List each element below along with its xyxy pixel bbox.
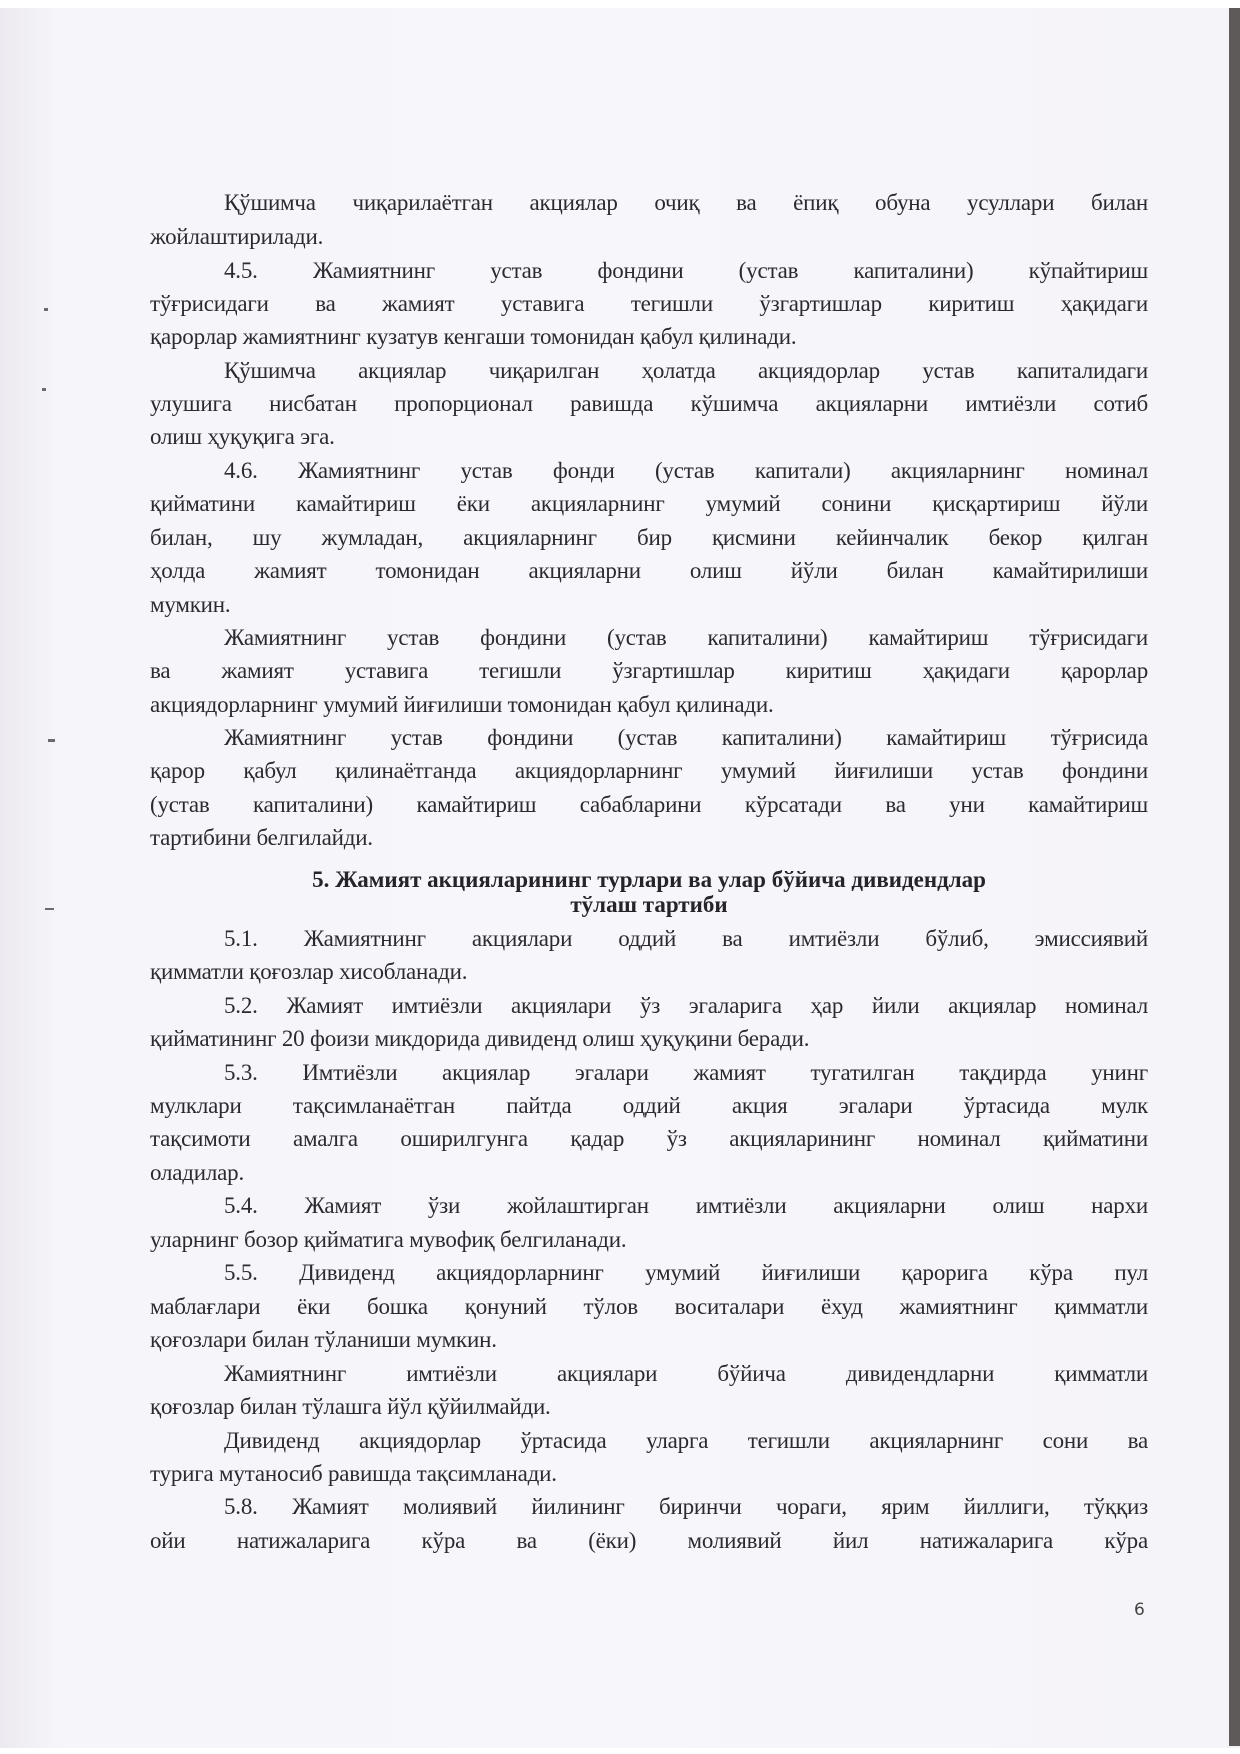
text-line: 4.6. Жамиятнинг устав фонди (устав капит…: [224, 456, 1148, 486]
text-line: қимматли қоғозлар хисобланади.: [150, 957, 1148, 987]
text-line: Қўшимча акциялар чиқарилган ҳолатда акци…: [224, 356, 1148, 386]
text-line: 5.8. Жамият молиявий йилининг биринчи чо…: [224, 1492, 1148, 1522]
text-line: улушига нисбатан пропорционал равишда кў…: [150, 389, 1148, 419]
text-line: Қўшимча чиқарилаётган акциялар очиқ ва ё…: [224, 188, 1148, 218]
text-line: тақсимоти амалга оширилгунга қадар ўз ак…: [150, 1124, 1148, 1154]
text-line: 5.2. Жамият имтиёзли акциялари ўз эгалар…: [224, 991, 1148, 1021]
section-heading-line-1: 5. Жамият акцияларининг турлари ва улар …: [150, 868, 1148, 892]
text-line: олиш ҳуқуқига эга.: [150, 422, 1148, 452]
scan-speck: [45, 908, 54, 910]
text-line: билан, шу жумладан, акцияларнинг бир қис…: [150, 523, 1148, 553]
text-line: мумкин.: [150, 590, 1148, 620]
text-line: мулклари тақсимланаётган пайтда оддий ак…: [150, 1091, 1148, 1121]
text-line: тўғрисидаги ва жамият уставига тегишли ў…: [150, 289, 1148, 319]
section-heading-line-2: тўлаш тартиби: [150, 893, 1148, 917]
scan-speck: [44, 308, 48, 311]
text-line: акциядорларнинг умумий йиғилиши томонида…: [150, 690, 1148, 720]
scan-right-edge: [1229, 8, 1240, 1746]
text-line: қарор қабул қилинаётганда акциядорларнин…: [150, 756, 1148, 786]
text-line: ойи натижаларига кўра ва (ёки) молиявий …: [150, 1526, 1148, 1556]
text-line: 5.3. Имтиёзли акциялар эгалари жамият ту…: [224, 1058, 1148, 1088]
text-line: тартибини белгилайди.: [150, 823, 1148, 853]
scan-top-edge: [0, 0, 1240, 8]
text-line: Дивиденд акциядорлар ўртасида уларга тег…: [224, 1426, 1148, 1456]
text-line: 5.1. Жамиятнинг акциялари оддий ва имтиё…: [224, 924, 1148, 954]
text-line: жойлаштирилади.: [150, 222, 1148, 252]
text-line: 4.5. Жамиятнинг устав фондини (устав кап…: [224, 256, 1148, 286]
text-line: қарорлар жамиятнинг кузатув кенгаши томо…: [150, 322, 1148, 352]
text-line: ва жамият уставига тегишли ўзгартишлар к…: [150, 656, 1148, 686]
text-line: ҳолда жамият томонидан акцияларни олиш й…: [150, 556, 1148, 586]
text-line: уларнинг бозор қийматига мувофиқ белгила…: [150, 1225, 1148, 1255]
scan-speck: [42, 388, 46, 391]
text-line: (устав капиталини) камайтириш сабабларин…: [150, 790, 1148, 820]
text-line: қоғозлар билан тўлашга йўл қўйилмайди.: [150, 1392, 1148, 1422]
text-line: Жамиятнинг устав фондини (устав капитали…: [224, 723, 1148, 753]
text-line: қийматининг 20 фоизи микдорида дивиденд …: [150, 1024, 1148, 1054]
text-line: 5.5. Дивиденд акциядорларнинг умумий йиғ…: [224, 1258, 1148, 1288]
text-line: маблағлари ёки бошка қонуний тўлов восит…: [150, 1292, 1148, 1322]
page-number: 6: [1134, 1600, 1145, 1620]
text-line: қоғозлари билан тўланиши мумкин.: [150, 1325, 1148, 1355]
text-line: оладилар.: [150, 1158, 1148, 1188]
scan-speck: [48, 739, 55, 742]
text-line: Жамиятнинг устав фондини (устав капитали…: [224, 623, 1148, 653]
text-line: 5.4. Жамият ўзи жойлаштирган имтиёзли ак…: [224, 1191, 1148, 1221]
scan-bottom-edge: [0, 1748, 1240, 1754]
text-line: турига мутаносиб равишда тақсимланади.: [150, 1459, 1148, 1489]
text-line: қийматини камайтириш ёки акцияларнинг ум…: [150, 489, 1148, 519]
text-line: Жамиятнинг имтиёзли акциялари бўйича див…: [224, 1359, 1148, 1389]
